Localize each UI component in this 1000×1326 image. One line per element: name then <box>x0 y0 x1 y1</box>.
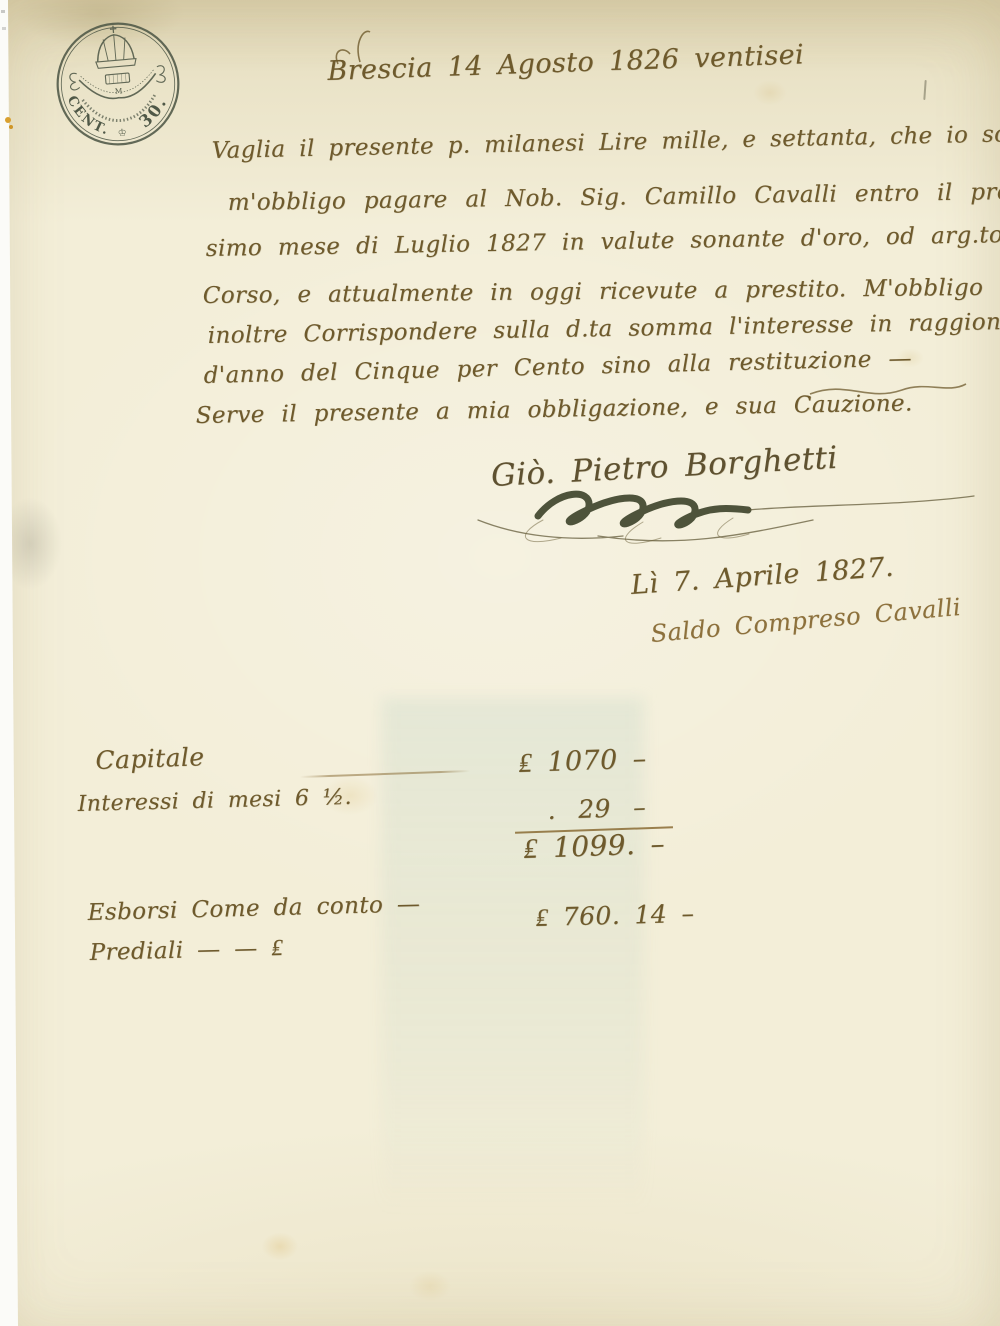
stamp-monogram: M <box>114 86 123 96</box>
esborsi-amount: ₤ 760. 14 – <box>535 899 694 933</box>
crest-icon: ♔ <box>117 128 127 140</box>
svg-text:CENT.: CENT. <box>63 91 112 142</box>
capitale-label: Capitale <box>95 742 205 775</box>
header-flourish <box>330 26 390 66</box>
stamp-cent-label: CENT. <box>63 91 112 142</box>
cross-icon <box>110 25 117 33</box>
ribbon-bow-left <box>69 73 80 90</box>
line-end-flourish <box>806 372 971 412</box>
interessi-amount: . 29 – <box>547 793 647 825</box>
prediali-label: Prediali — — ₤ <box>89 935 283 966</box>
signature-flourish <box>418 476 980 556</box>
revenue-stamp: M ♔ CENT. 30. <box>49 15 188 154</box>
totale-amount: ₤ 1099. – <box>523 827 666 866</box>
capitale-amount: ₤ 1070 – <box>518 744 647 779</box>
corner-scuff <box>1 10 5 13</box>
amber-edge-spot <box>5 117 11 123</box>
ribbon-bow-right <box>155 65 166 82</box>
